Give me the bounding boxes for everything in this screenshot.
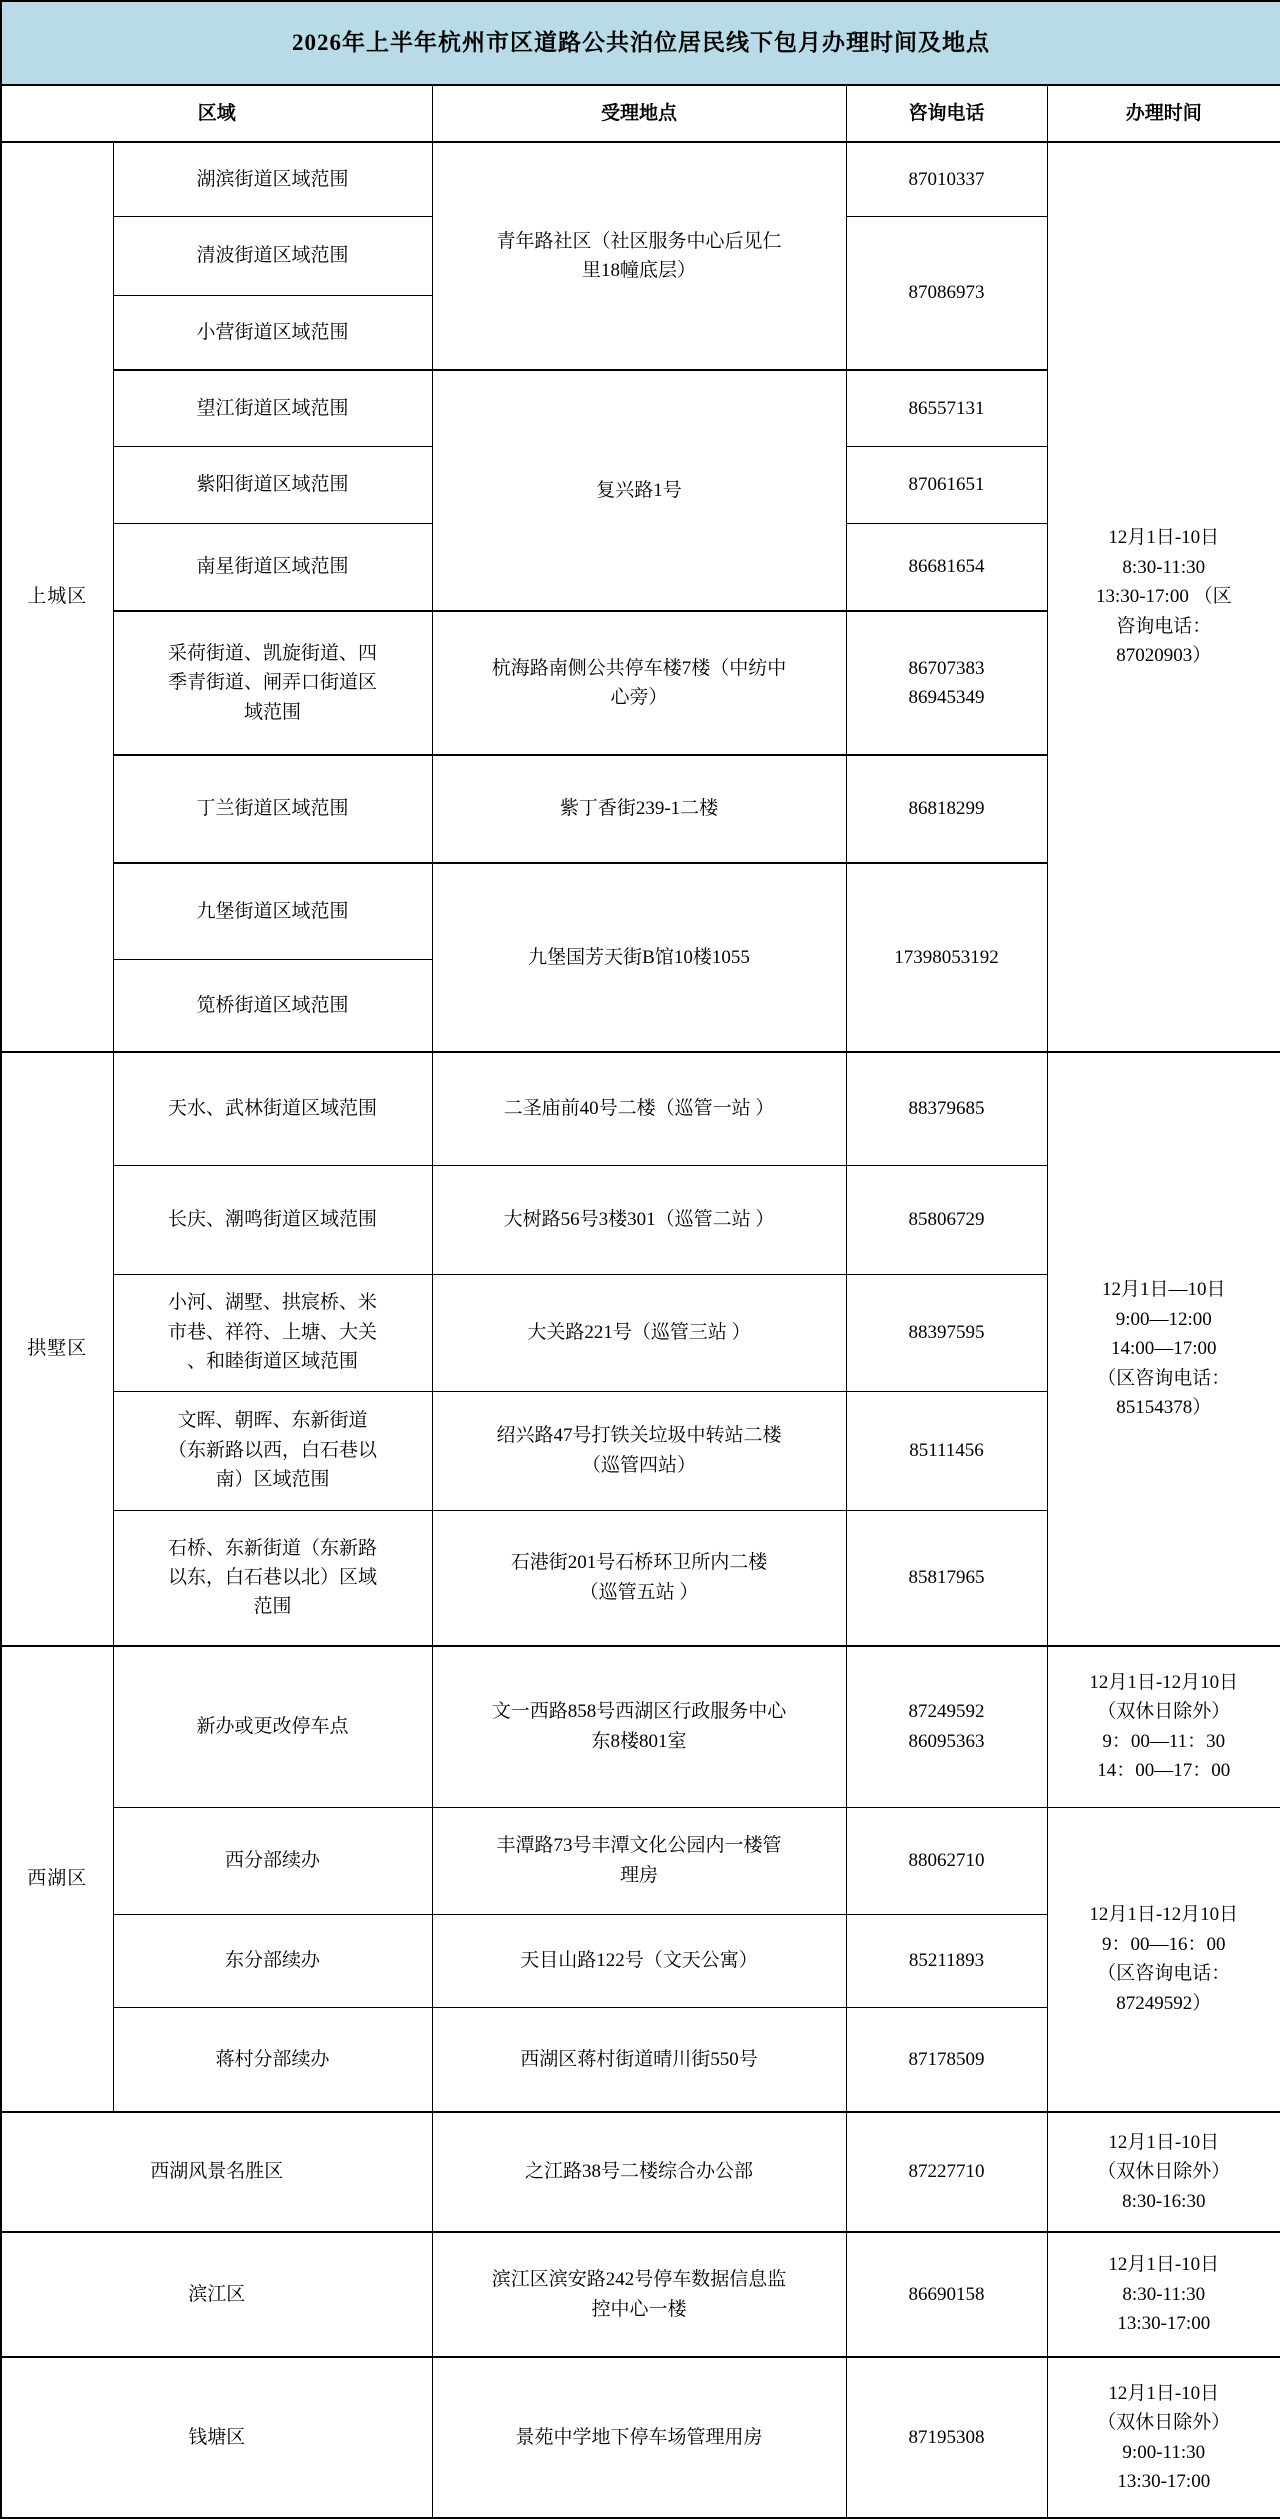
region-cell: 东分部续办 — [113, 1914, 432, 2007]
location-cell: 滨江区滨安路242号停车数据信息监 控中心一楼 — [432, 2232, 846, 2357]
page-title: 2026年上半年杭州市区道路公共泊位居民线下包月办理时间及地点 — [1, 1, 1280, 85]
region-cell: 清波街道区域范围 — [113, 216, 432, 295]
region-cell: 小营街道区域范围 — [113, 295, 432, 370]
location-cell: 杭海路南侧公共停车楼7楼（中纺中 心旁） — [432, 611, 846, 755]
location-cell: 天目山路122号（文天公寓） — [432, 1914, 846, 2007]
location-cell: 西湖区蒋村街道晴川街550号 — [432, 2007, 846, 2112]
phone-cell: 88379685 — [846, 1052, 1047, 1165]
region-cell: 长庆、潮鸣街道区域范围 — [113, 1165, 432, 1274]
location-cell: 二圣庙前40号二楼（巡管一站 ） — [432, 1052, 846, 1165]
phone-cell: 85817965 — [846, 1510, 1047, 1646]
time-cell: 12月1日-10日 （双休日除外） 8:30-16:30 — [1047, 2112, 1280, 2232]
phone-cell: 85806729 — [846, 1165, 1047, 1274]
region-cell: 笕桥街道区域范围 — [113, 959, 432, 1052]
region-cell: 西湖风景名胜区 — [1, 2112, 432, 2232]
time-cell: 12月1日-12月10日 （双休日除外） 9：00—11：30 14：00—17… — [1047, 1646, 1280, 1807]
phone-cell: 86557131 — [846, 370, 1047, 446]
location-cell: 九堡国芳天街B馆10楼1055 — [432, 863, 846, 1052]
location-cell: 丰潭路73号丰潭文化公园内一楼管 理房 — [432, 1807, 846, 1914]
region-cell: 九堡街道区域范围 — [113, 863, 432, 959]
column-header-phone: 咨询电话 — [846, 85, 1047, 142]
district-cell: 西湖区 — [1, 1646, 113, 2112]
column-header-location: 受理地点 — [432, 85, 846, 142]
region-cell: 紫阳街道区域范围 — [113, 446, 432, 523]
phone-cell: 86681654 — [846, 523, 1047, 611]
phone-cell: 86707383 86945349 — [846, 611, 1047, 755]
time-cell: 12月1日-12月10日 9：00—16：00 （区咨询电话： 87249592… — [1047, 1807, 1280, 2112]
phone-cell: 87061651 — [846, 446, 1047, 523]
location-cell: 大树路56号3楼301（巡管二站 ） — [432, 1165, 846, 1274]
region-cell: 采荷街道、凯旋街道、四 季青街道、闸弄口街道区 域范围 — [113, 611, 432, 755]
location-cell: 之江路38号二楼综合办公部 — [432, 2112, 846, 2232]
time-cell: 12月1日-10日 （双休日除外） 9:00-11:30 13:30-17:00 — [1047, 2357, 1280, 2518]
district-cell: 拱墅区 — [1, 1052, 113, 1646]
region-cell: 新办或更改停车点 — [113, 1646, 432, 1807]
region-cell: 望江街道区域范围 — [113, 370, 432, 446]
phone-cell: 87249592 86095363 — [846, 1646, 1047, 1807]
phone-cell: 88397595 — [846, 1274, 1047, 1391]
time-cell: 12月1日—10日 9:00—12:00 14:00—17:00 （区咨询电话：… — [1047, 1052, 1280, 1646]
district-cell: 上城区 — [1, 142, 113, 1052]
region-cell: 南星街道区域范围 — [113, 523, 432, 611]
schedule-table: 2026年上半年杭州市区道路公共泊位居民线下包月办理时间及地点 区域 受理地点 … — [0, 0, 1280, 2519]
time-cell: 12月1日-10日 8:30-11:30 13:30-17:00 （区 咨询电话… — [1047, 142, 1280, 1052]
region-cell: 西分部续办 — [113, 1807, 432, 1914]
region-cell: 滨江区 — [1, 2232, 432, 2357]
location-cell: 紫丁香街239-1二楼 — [432, 755, 846, 863]
location-cell: 绍兴路47号打铁关垃圾中转站二楼 （巡管四站） — [432, 1391, 846, 1510]
phone-cell: 87178509 — [846, 2007, 1047, 2112]
phone-cell: 88062710 — [846, 1807, 1047, 1914]
phone-cell: 85111456 — [846, 1391, 1047, 1510]
location-cell: 石港街201号石桥环卫所内二楼 （巡管五站 ） — [432, 1510, 846, 1646]
region-cell: 钱塘区 — [1, 2357, 432, 2518]
region-cell: 文晖、朝晖、东新街道 （东新路以西，白石巷以 南）区域范围 — [113, 1391, 432, 1510]
region-cell: 丁兰街道区域范围 — [113, 755, 432, 863]
time-cell: 12月1日-10日 8:30-11:30 13:30-17:00 — [1047, 2232, 1280, 2357]
region-cell: 天水、武林街道区域范围 — [113, 1052, 432, 1165]
phone-cell: 86690158 — [846, 2232, 1047, 2357]
column-header-region: 区域 — [1, 85, 432, 142]
region-cell: 湖滨街道区域范围 — [113, 142, 432, 216]
region-cell: 小河、湖墅、拱宸桥、米 市巷、祥符、上塘、大关 、和睦街道区域范围 — [113, 1274, 432, 1391]
phone-cell: 85211893 — [846, 1914, 1047, 2007]
phone-cell: 87010337 — [846, 142, 1047, 216]
location-cell: 青年路社区（社区服务中心后见仁 里18幢底层） — [432, 142, 846, 370]
region-cell: 石桥、东新街道（东新路 以东，白石巷以北）区域 范围 — [113, 1510, 432, 1646]
column-header-time: 办理时间 — [1047, 85, 1280, 142]
phone-cell: 87086973 — [846, 216, 1047, 370]
location-cell: 复兴路1号 — [432, 370, 846, 611]
phone-cell: 87227710 — [846, 2112, 1047, 2232]
location-cell: 大关路221号（巡管三站 ） — [432, 1274, 846, 1391]
phone-cell: 86818299 — [846, 755, 1047, 863]
location-cell: 文一西路858号西湖区行政服务中心 东8楼801室 — [432, 1646, 846, 1807]
phone-cell: 17398053192 — [846, 863, 1047, 1052]
region-cell: 蒋村分部续办 — [113, 2007, 432, 2112]
location-cell: 景苑中学地下停车场管理用房 — [432, 2357, 846, 2518]
phone-cell: 87195308 — [846, 2357, 1047, 2518]
